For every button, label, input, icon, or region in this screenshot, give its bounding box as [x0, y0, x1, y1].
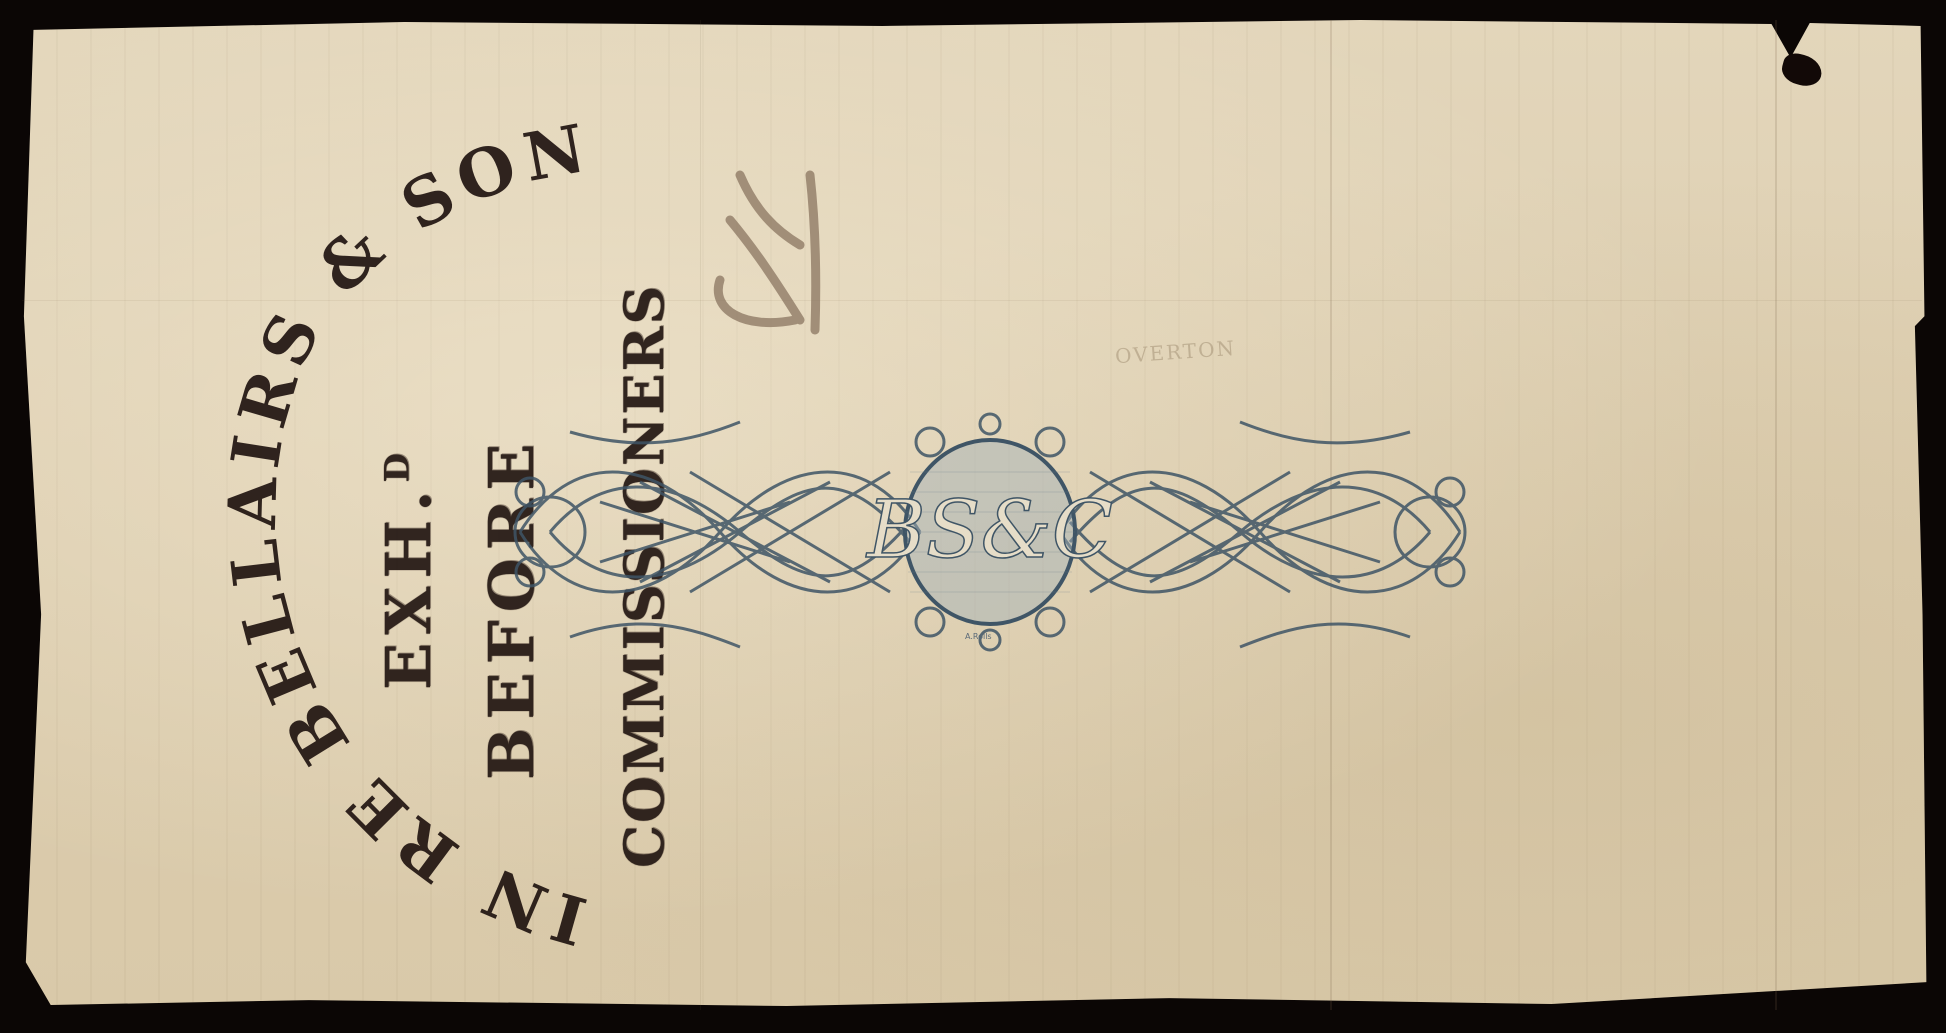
pen-initials-mark: [705, 150, 835, 340]
stamp-exh-superscript: D: [377, 445, 417, 482]
stamp-exh-text: EXH.: [372, 482, 445, 690]
guilloche-ornament: BS&C: [490, 412, 1490, 652]
fold-line: [1775, 20, 1777, 1010]
engraver-imprint: A.Rolls: [965, 632, 992, 641]
stamp-column-exh: EXH.D: [372, 445, 445, 690]
monogram-text: BS&C: [865, 483, 1113, 576]
fold-line: [22, 300, 1922, 301]
